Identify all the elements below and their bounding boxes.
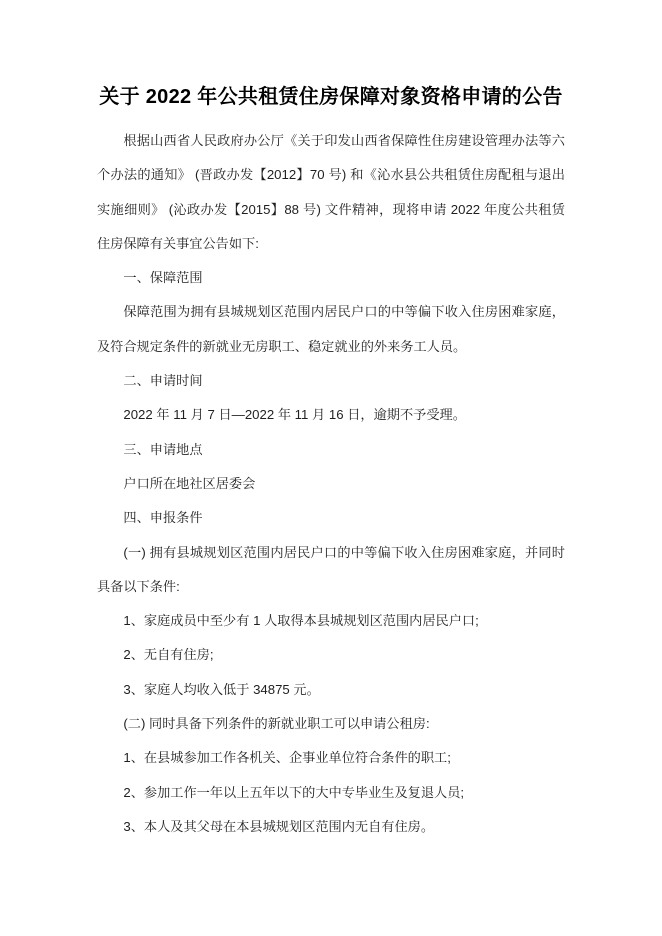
section-3-paragraph: 户口所在地社区居委会 (97, 467, 565, 501)
section-4-condition-2-item-1: 1、在县城参加工作各机关、企事业单位符合条件的职工; (97, 741, 565, 775)
section-4-condition-2-item-2: 2、参加工作一年以上五年以下的大中专毕业生及复退人员; (97, 776, 565, 810)
section-4-condition-1-item-1: 1、家庭成员中至少有 1 人取得本县城规划区范围内居民户口; (97, 604, 565, 638)
section-2-paragraph: 2022 年 11 月 7 日—2022 年 11 月 16 日，逾期不予受理。 (97, 398, 565, 432)
document-page: 关于 2022 年公共租赁住房保障对象资格申请的公告 根据山西省人民政府办公厅《… (0, 0, 662, 936)
section-4-heading: 四、申报条件 (97, 501, 565, 535)
section-4-condition-1-item-3: 3、家庭人均收入低于 34875 元。 (97, 673, 565, 707)
section-4-condition-group-1: (一) 拥有县城规划区范围内居民户口的中等偏下收入住房困难家庭，并同时具备以下条… (97, 536, 565, 605)
section-1-heading: 一、保障范围 (97, 261, 565, 295)
section-4-condition-group-2: (二) 同时具备下列条件的新就业职工可以申请公租房: (97, 707, 565, 741)
section-3-heading: 三、申请地点 (97, 433, 565, 467)
document-title: 关于 2022 年公共租赁住房保障对象资格申请的公告 (97, 82, 565, 112)
section-4-condition-1-item-2: 2、无自有住房; (97, 638, 565, 672)
section-1-paragraph: 保障范围为拥有县城规划区范围内居民户口的中等偏下收入住房困难家庭，及符合规定条件… (97, 295, 565, 364)
section-2-heading: 二、申请时间 (97, 364, 565, 398)
intro-paragraph: 根据山西省人民政府办公厅《关于印发山西省保障性住房建设管理办法等六个办法的通知》… (97, 124, 565, 261)
section-4-condition-2-item-3: 3、本人及其父母在本县城规划区范围内无自有住房。 (97, 810, 565, 844)
